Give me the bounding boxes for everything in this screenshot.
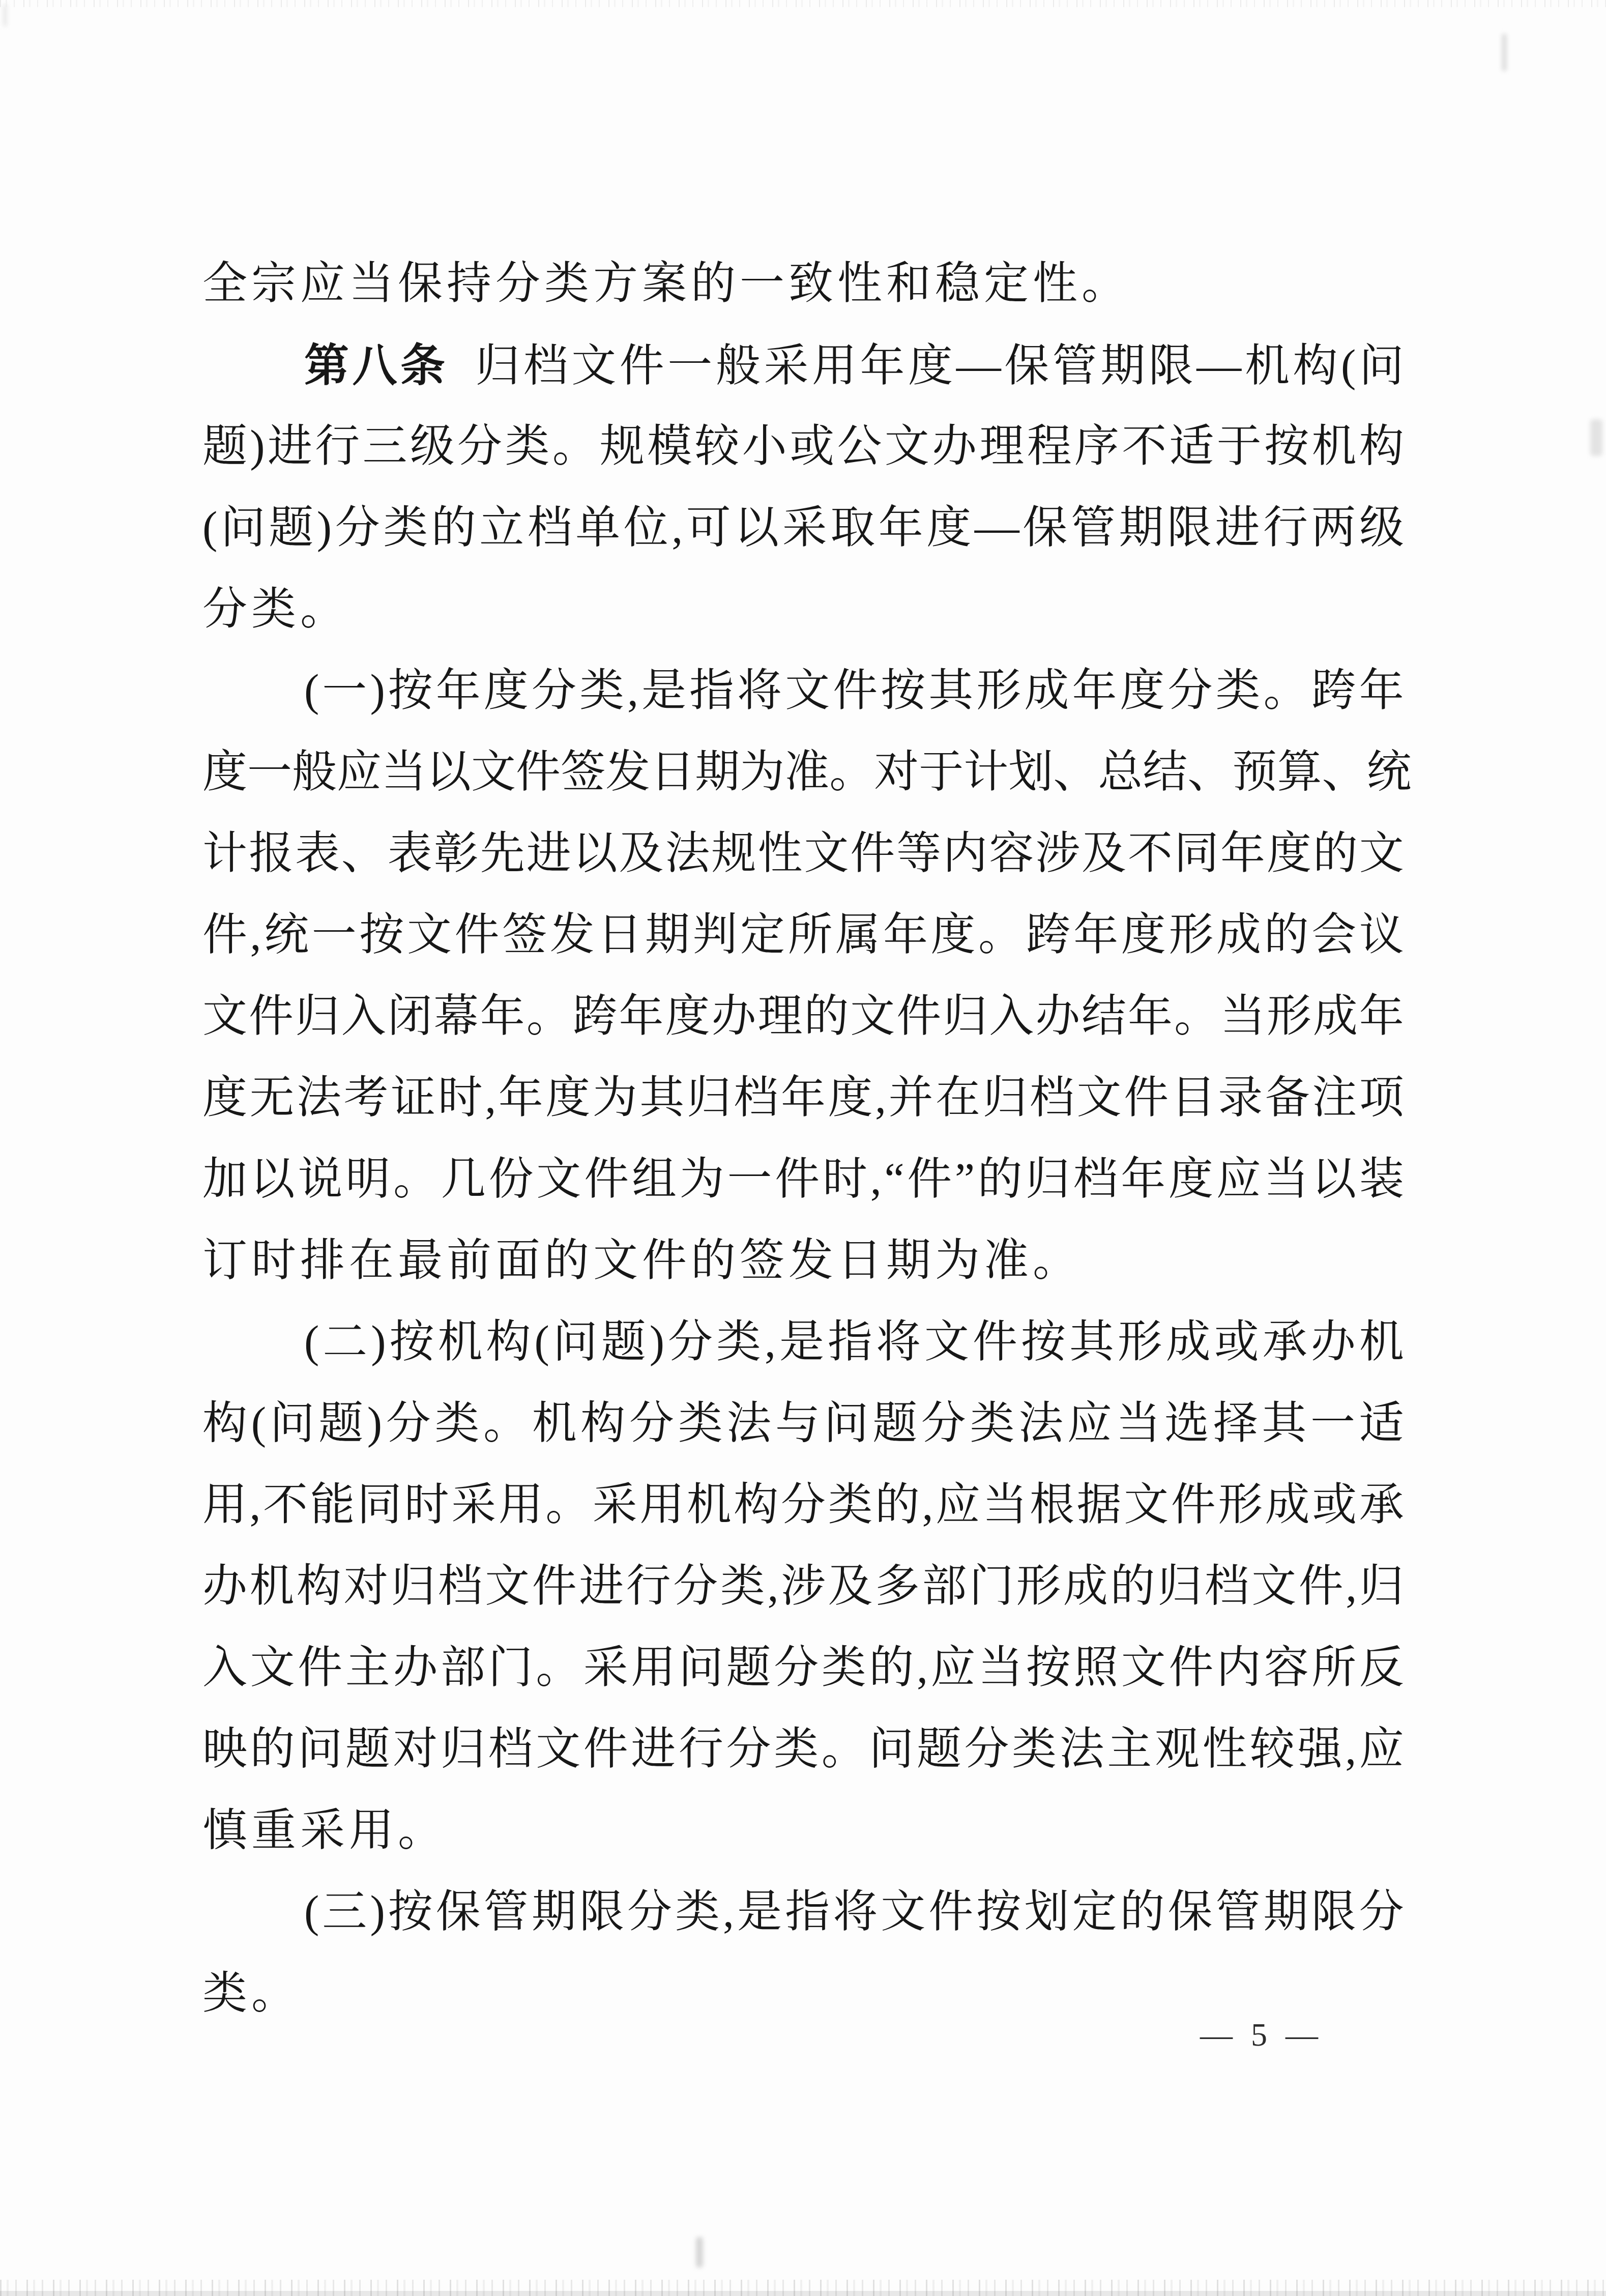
text-line-10: 文件归入闭幕年。跨年度办理的文件归入办结年。当形成年 [202,976,1404,1057]
scan-noise-bottom-edge [0,2280,1606,2296]
text-line-8: 计报表、表彰先进以及法规性文件等内容涉及不同年度的文 [202,813,1404,895]
document-page: 全宗应当保持分类方案的一致性和稳定性。第八条归档文件一般采用年度—保管期限—机构… [0,0,1606,2296]
text-line-3: 题)进行三级分类。规模较小或公文办理程序不适于按机构 [202,406,1404,487]
text-line-18: 入文件主办部门。采用问题分类的,应当按照文件内容所反 [202,1627,1404,1709]
text-line-14: (二)按机构(问题)分类,是指将文件按其形成或承办机 [202,1302,1404,1383]
text-line-17: 办机构对归档文件进行分类,涉及多部门形成的归档文件,归 [202,1546,1404,1627]
text-line-11: 度无法考证时,年度为其归档年度,并在归档文件目录备注项 [202,1057,1404,1139]
text-line-21: (三)按保管期限分类,是指将文件按划定的保管期限分 [202,1872,1404,1953]
scan-smudge [696,2237,703,2268]
page-number: — 5 — [1190,2016,1333,2054]
document-body: 全宗应当保持分类方案的一致性和稳定性。第八条归档文件一般采用年度—保管期限—机构… [202,243,1404,2034]
text-line-4: (问题)分类的立档单位,可以采取年度—保管期限进行两级 [202,487,1404,569]
scan-noise-top-edge [0,0,1606,7]
text-line-9: 件,统一按文件签发日期判定所属年度。跨年度形成的会议 [202,895,1404,976]
text-line-5: 分类。 [202,569,1404,650]
text-line-13: 订时排在最前面的文件的签发日期为准。 [202,1220,1404,1302]
text-line-6: (一)按年度分类,是指将文件按其形成年度分类。跨年 [202,650,1404,732]
scan-smudge [1590,419,1602,456]
text-line-12: 加以说明。几份文件组为一件时,“件”的归档年度应当以装 [202,1139,1404,1220]
scan-smudge [3,4,7,26]
text-line-16: 用,不能同时采用。采用机构分类的,应当根据文件形成或承 [202,1465,1404,1546]
text-line-19: 映的问题对归档文件进行分类。问题分类法主观性较强,应 [202,1709,1404,1790]
scan-smudge [1502,34,1507,71]
text-line-20: 慎重采用。 [202,1790,1404,1872]
text-line-2: 第八条归档文件一般采用年度—保管期限—机构(问 [202,325,1404,406]
text-line-1: 全宗应当保持分类方案的一致性和稳定性。 [202,243,1404,325]
text-line-15: 构(问题)分类。机构分类法与问题分类法应当选择其一适 [202,1383,1404,1465]
text-line-7: 度一般应当以文件签发日期为准。对于计划、总结、预算、统 [202,732,1404,813]
